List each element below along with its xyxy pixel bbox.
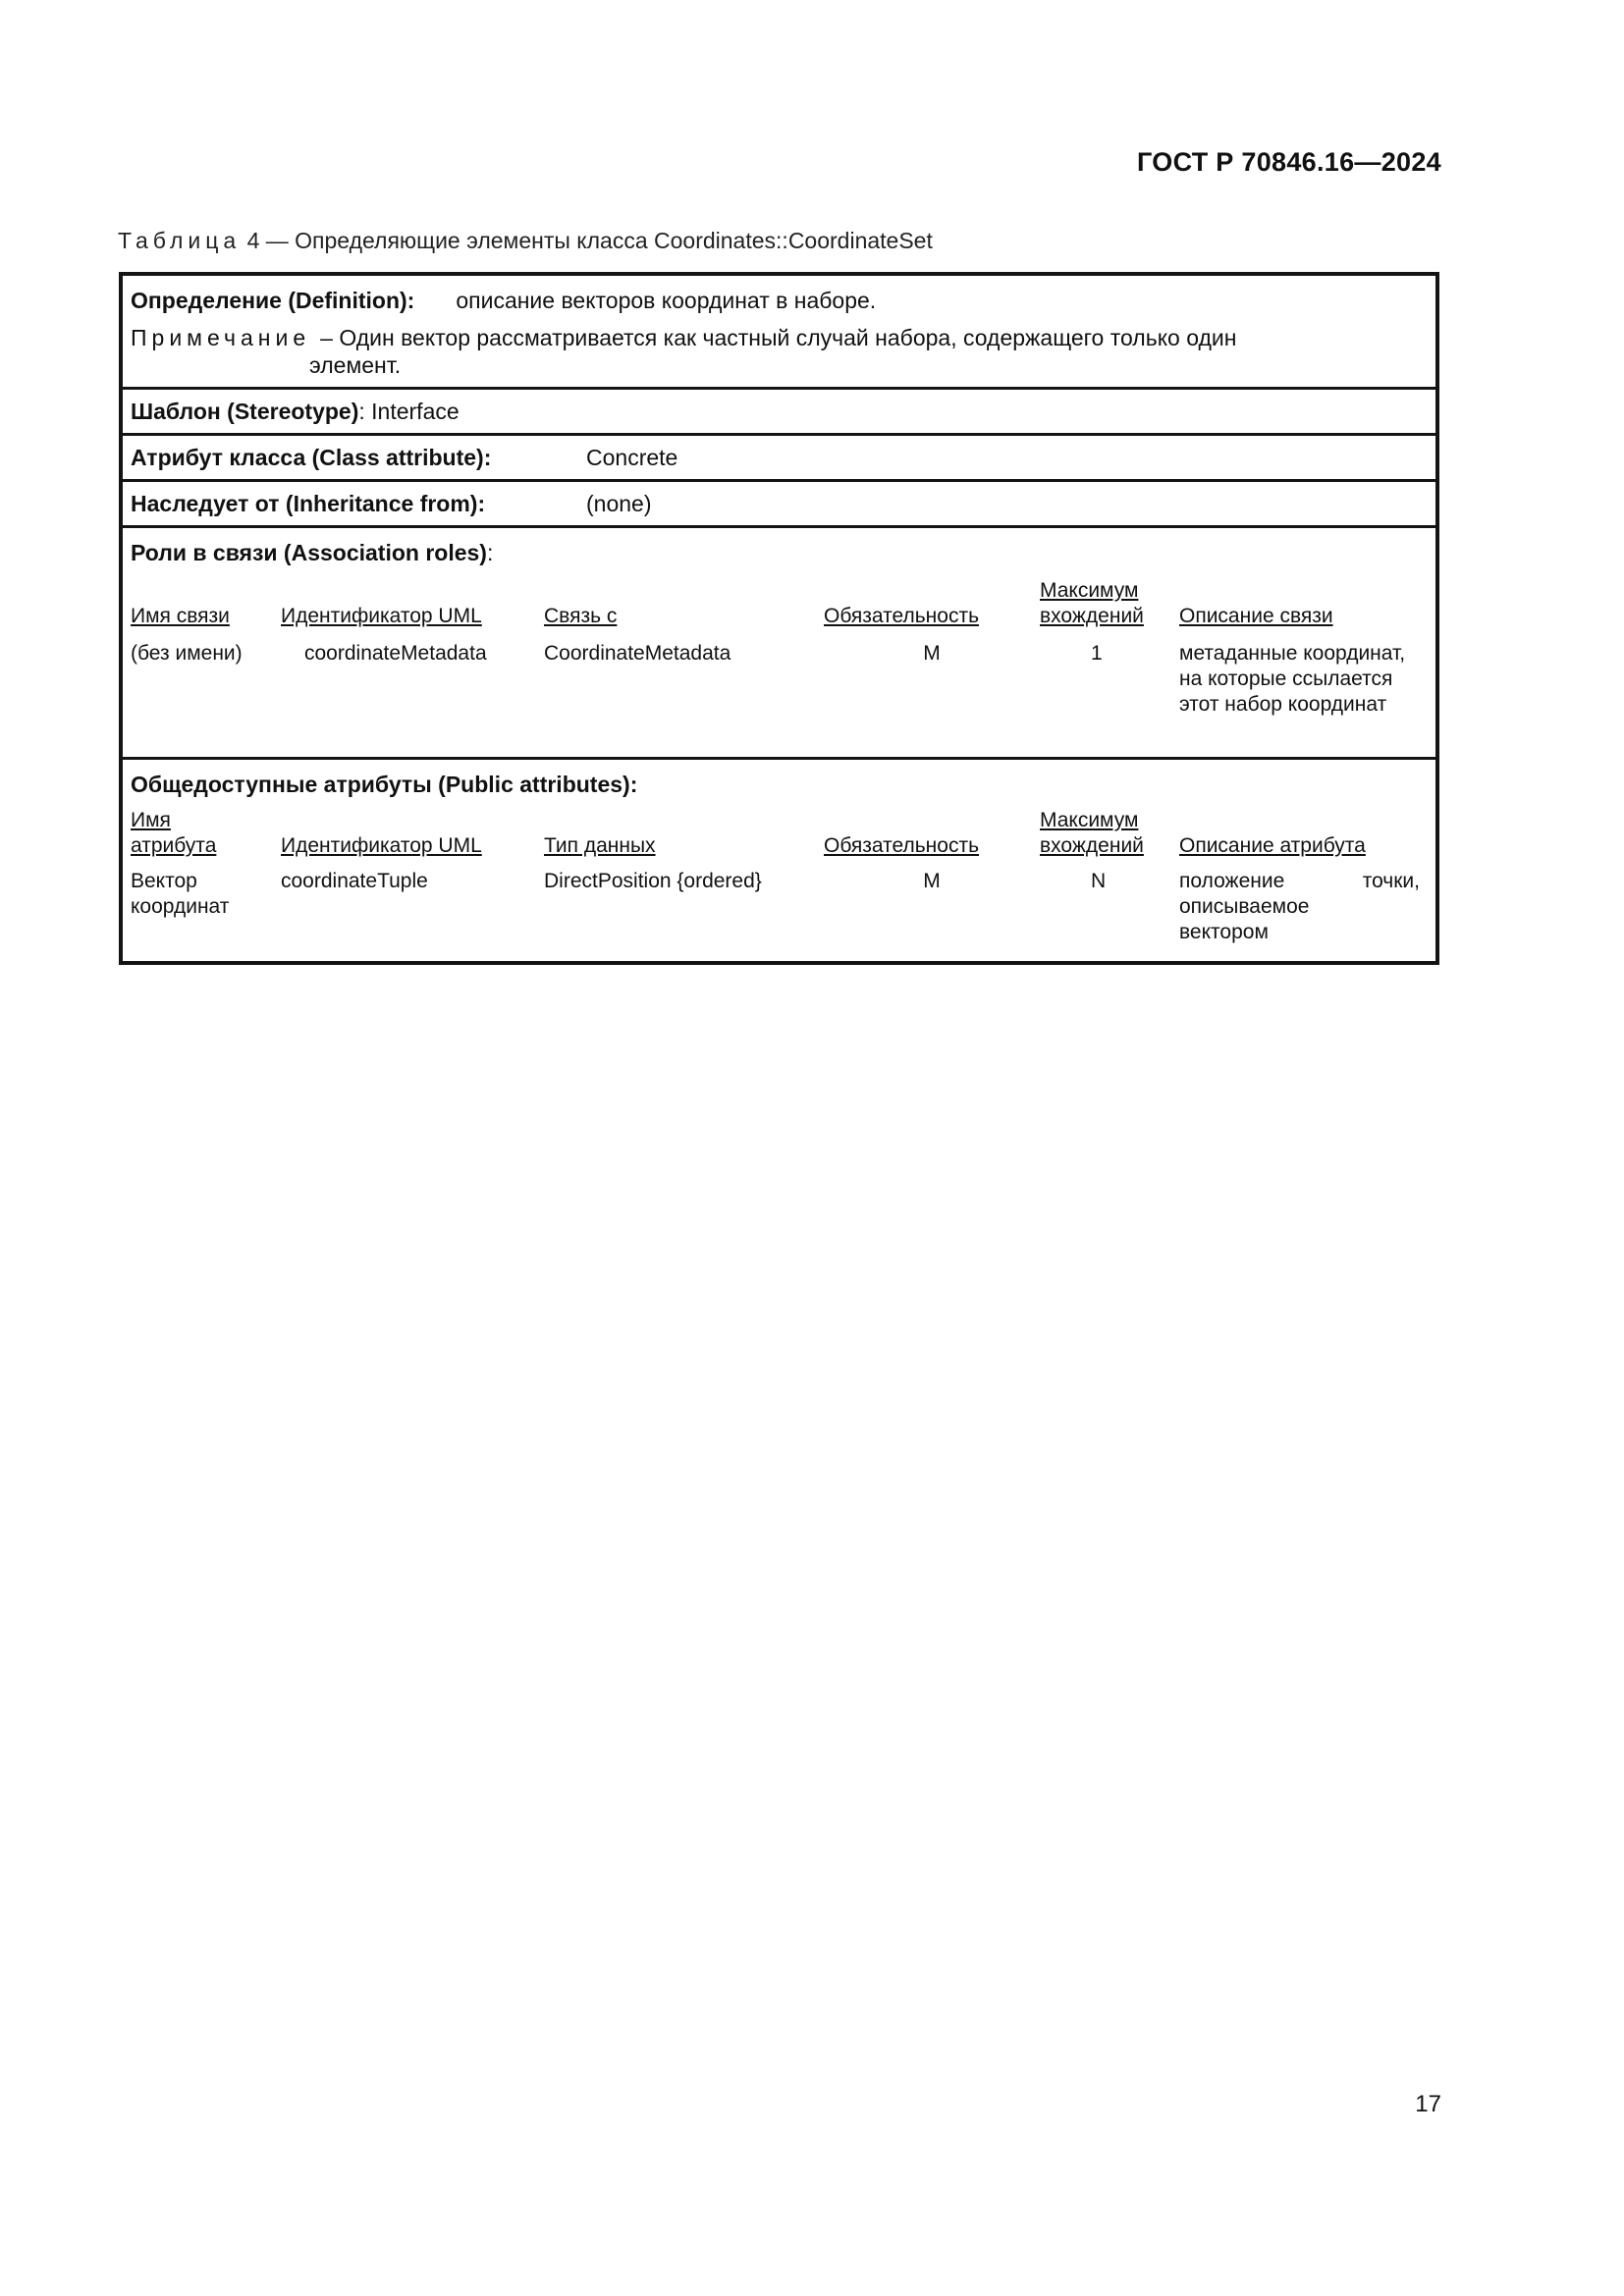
definition-table: Определение (Definition):описание вектор… [119,272,1439,965]
role-obligation: M [824,629,1040,757]
definition-row: Определение (Definition):описание вектор… [123,276,1435,387]
attribute-max-occurs: N [1040,859,1179,961]
stereotype-row: Шаблон (Stereotype): Interface [123,387,1435,433]
definition-value: описание векторов координат в наборе. [456,288,876,313]
column-header: Максимум вхождений [1040,808,1158,859]
page-number: 17 [1415,2091,1441,2118]
table-caption-title: 4 — Определяющие элементы класса Coordin… [247,228,933,253]
column-header: Имя атрибута [131,808,229,859]
role-link-to: CoordinateMetadata [544,629,824,757]
column-header: Связь с [544,604,824,629]
column-header: Максимум вхождений [1040,578,1158,629]
note-text: – Один вектор рассматривается как частны… [320,324,1236,351]
attribute-name: Вектор координат [131,859,239,961]
note-label: Примечание [131,324,310,351]
public-attributes-section: Общедоступные атрибуты (Public attribute… [123,757,1435,961]
association-roles-grid: Имя связи Идентификатор UML Связь с Обяз… [131,578,1428,757]
document-code: ГОСТ Р 70846.16—2024 [1137,147,1441,178]
class-attribute-label: Атрибут класса (Class attribute): [131,445,491,471]
column-header: Тип данных [544,833,824,859]
attribute-data-type: DirectPosition {ordered} [544,859,824,961]
table-caption-label: Таблица [118,228,241,253]
column-header: Идентификатор UML [281,833,544,859]
class-attribute-row: Атрибут класса (Class attribute): Concre… [123,433,1435,479]
column-header: Описание атрибута [1179,833,1428,859]
note-text-continuation: элемент. [131,351,1428,379]
role-description: метаданные координат, на которые ссылает… [1179,629,1428,757]
attribute-obligation: M [824,859,1040,961]
public-attributes-grid: Имя атрибута Идентификатор UML Тип данны… [131,808,1428,961]
stereotype-label: Шаблон (Stereotype) [131,399,358,425]
inheritance-value: (none) [586,491,651,517]
association-roles-title: Роли в связи (Association roles) [131,540,487,565]
role-uml-id: coordinateMetadata [281,629,544,757]
stereotype-value: : Interface [358,399,459,425]
attribute-description-part: положение [1179,869,1284,894]
column-header: Обязательность [824,604,1040,629]
table-caption: Таблица 4 — Определяющие элементы класса… [118,228,933,254]
public-attributes-title: Общедоступные атрибуты (Public attribute… [131,772,637,797]
class-attribute-value: Concrete [586,445,677,471]
role-max-occurs: 1 [1040,629,1179,757]
column-header: Описание связи [1179,604,1428,629]
association-roles-colon: : [487,540,493,565]
inheritance-label: Наследует от (Inheritance from): [131,491,485,517]
column-header: Обязательность [824,833,1040,859]
attribute-description: положение точки, описываемое вектором [1179,859,1428,961]
definition-label: Определение (Definition): [131,288,414,313]
note: Примечание – Один вектор рассматривается… [131,324,1428,351]
attribute-uml-id: coordinateTuple [281,859,544,961]
column-header: Идентификатор UML [281,604,544,629]
association-roles-section: Роли в связи (Association roles): Имя св… [123,525,1435,757]
attribute-description-rest: описываемое вектором [1179,894,1297,945]
inheritance-row: Наследует от (Inheritance from): (none) [123,479,1435,525]
attribute-description-part: точки, [1363,869,1420,894]
role-name: (без имени) [131,629,281,757]
column-header: Имя связи [131,604,281,629]
